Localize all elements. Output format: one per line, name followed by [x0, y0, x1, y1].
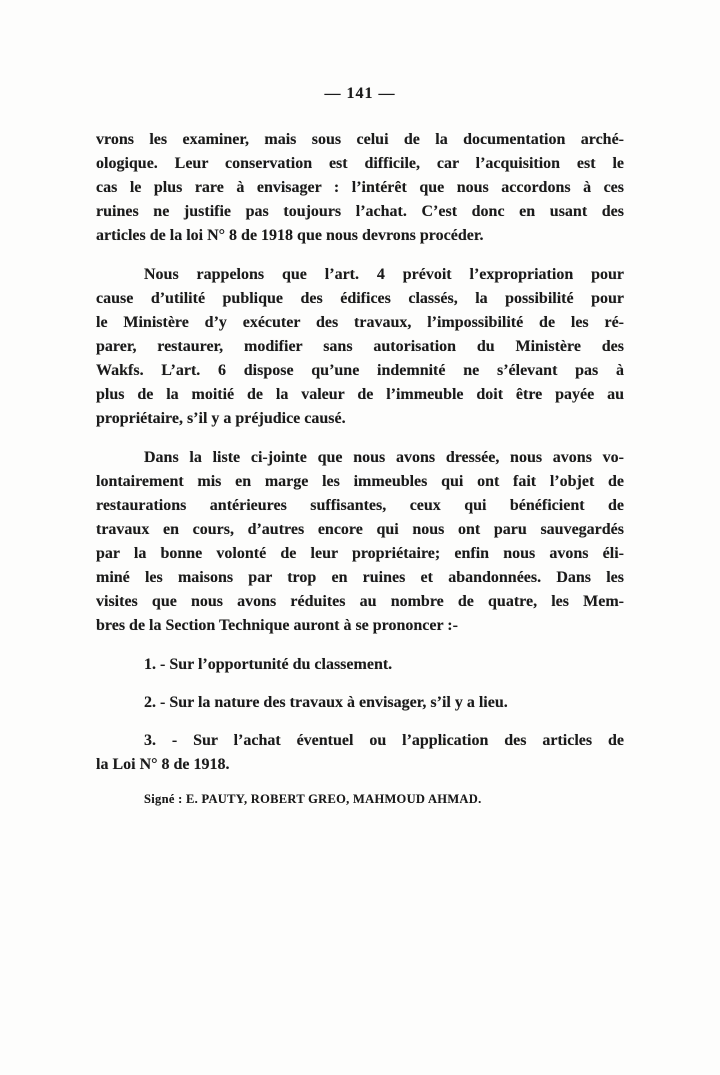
text-line: vrons les examiner, mais sous celui de l…: [96, 128, 624, 152]
list-item-1: 1. - Sur l’opportunité du classement.: [96, 653, 624, 677]
document-page: — 141 — vrons les examiner, mais sous ce…: [0, 0, 720, 1075]
text-line: la Loi N° 8 de 1918.: [96, 753, 624, 777]
text-line: propriétaire, s’il y a préjudice causé.: [96, 407, 624, 431]
text-line: miné les maisons par trop en ruines et a…: [96, 566, 624, 590]
text-line: Wakfs. L’art. 6 dispose qu’une indemnité…: [96, 359, 624, 383]
text-line: par la bonne volonté de leur propriétair…: [96, 542, 624, 566]
text-line: articles de la loi N° 8 de 1918 que nous…: [96, 224, 624, 248]
text-line: travaux en cours, d’autres encore qui no…: [96, 518, 624, 542]
text-line: parer, restaurer, modifier sans autorisa…: [96, 335, 624, 359]
paragraph-1: vrons les examiner, mais sous celui de l…: [96, 128, 624, 248]
text-line: ruines ne justifie pas toujours l’achat.…: [96, 200, 624, 224]
text-line: 2. - Sur la nature des travaux à envisag…: [96, 691, 624, 715]
numbered-list: 1. - Sur l’opportunité du classement. 2.…: [96, 653, 624, 777]
text-line: bres de la Section Technique auront à se…: [96, 614, 624, 638]
signature-line: Signé : E. PAUTY, ROBERT GREO, MAHMOUD A…: [144, 791, 624, 807]
text-line: cas le plus rare à envisager : l’intérêt…: [96, 176, 624, 200]
paragraph-2: Nous rappelons que l’art. 4 prévoit l’ex…: [96, 263, 624, 431]
list-item-3: 3. - Sur l’achat éventuel ou l’applicati…: [96, 729, 624, 777]
text-line: 1. - Sur l’opportunité du classement.: [96, 653, 624, 677]
page-number: — 141 —: [96, 84, 624, 104]
text-line: lontairement mis en marge les immeubles …: [96, 470, 624, 494]
text-line: cause d’utilité publique des édifices cl…: [96, 287, 624, 311]
text-line: Dans la liste ci-jointe que nous avons d…: [96, 446, 624, 470]
text-line: visites que nous avons réduites au nombr…: [96, 590, 624, 614]
text-line: le Ministère d’y exécuter des travaux, l…: [96, 311, 624, 335]
text-column: — 141 — vrons les examiner, mais sous ce…: [96, 84, 624, 807]
list-item-2: 2. - Sur la nature des travaux à envisag…: [96, 691, 624, 715]
text-line: Nous rappelons que l’art. 4 prévoit l’ex…: [96, 263, 624, 287]
text-line: plus de la moitié de la valeur de l’imme…: [96, 383, 624, 407]
text-line: ologique. Leur conservation est difficil…: [96, 152, 624, 176]
text-line: restaurations antérieures suffisantes, c…: [96, 494, 624, 518]
text-line: 3. - Sur l’achat éventuel ou l’applicati…: [96, 729, 624, 753]
paragraph-3: Dans la liste ci-jointe que nous avons d…: [96, 446, 624, 638]
